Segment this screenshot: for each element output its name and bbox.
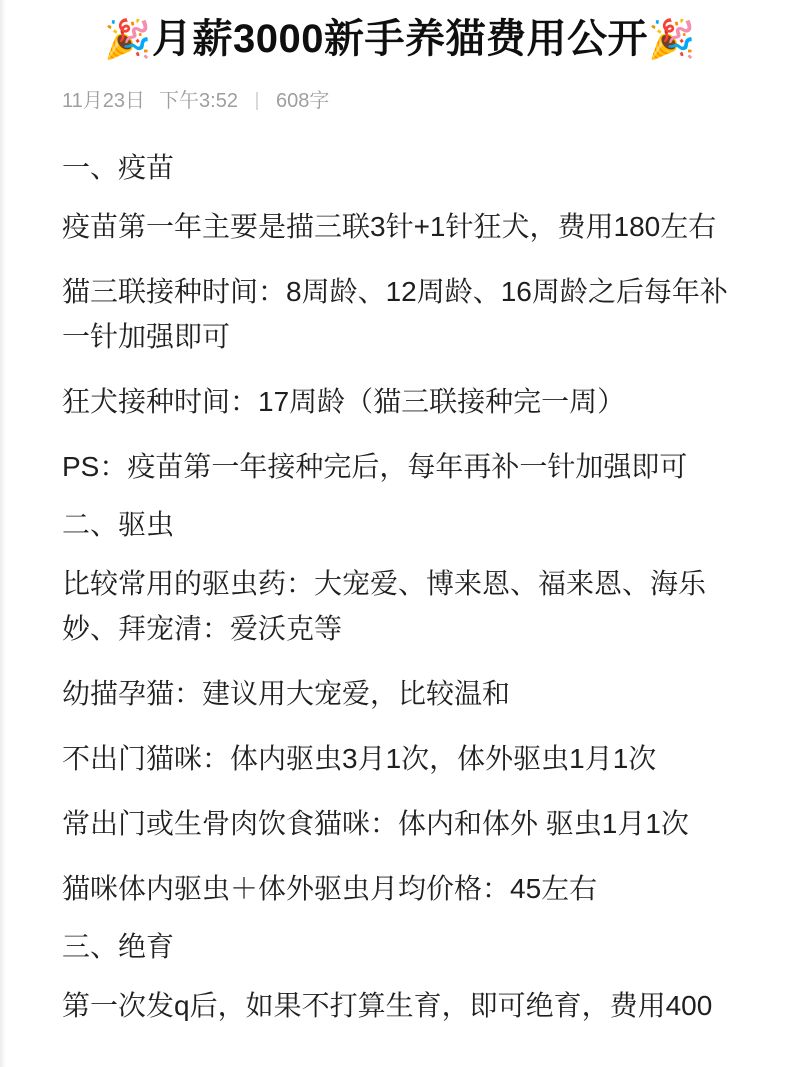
note-content: 一、疫苗疫苗第一年主要是描三联3针+1针狂犬，费用180左右猫三联接种时间：8周… <box>0 113 800 1028</box>
section: 二、驱虫比较常用的驱虫药：大宠爱、博来恩、福来恩、海乐妙、拜宠清：爱沃克等幼描孕… <box>62 502 738 911</box>
party-popper-icon: 🎉 <box>104 19 152 61</box>
note-word-count: 608字 <box>276 89 329 113</box>
paragraph: 猫咪体内驱虫＋体外驱虫月均价格：45左右 <box>62 866 738 911</box>
section: 三、绝育第一次发q后，如果不打算生育，即可绝育，费用400 <box>62 924 738 1028</box>
meta-separator <box>256 92 258 110</box>
paragraph: 第一次发q后，如果不打算生育，即可绝育，费用400 <box>62 983 738 1028</box>
section-heading: 二、驱虫 <box>62 502 738 547</box>
party-popper-icon: 🎉 <box>648 19 696 61</box>
paragraph: 不出门猫咪：体内驱虫3月1次，体外驱虫1月1次 <box>62 736 738 781</box>
section: 一、疫苗疫苗第一年主要是描三联3针+1针狂犬，费用180左右猫三联接种时间：8周… <box>62 145 738 489</box>
paragraph: 猫三联接种时间：8周龄、12周龄、16周龄之后每年补一针加强即可 <box>62 269 738 359</box>
paragraph: 常出门或生骨肉饮食猫咪：体内和体外 驱虫1月1次 <box>62 801 738 846</box>
section-heading: 三、绝育 <box>62 924 738 969</box>
paragraph: 疫苗第一年主要是描三联3针+1针狂犬，费用180左右 <box>62 204 738 249</box>
paragraph: 狂犬接种时间：17周龄（猫三联接种完一周） <box>62 379 738 424</box>
section-heading: 一、疫苗 <box>62 145 738 190</box>
note-title: 🎉月薪3000新手养猫费用公开🎉 <box>0 0 800 65</box>
note-page: 🎉月薪3000新手养猫费用公开🎉 11月23日 下午3:52 608字 一、疫苗… <box>0 0 800 1067</box>
note-title-text: 月薪3000新手养猫费用公开 <box>152 17 648 61</box>
paragraph: PS：疫苗第一年接种完后，每年再补一针加强即可 <box>62 444 738 489</box>
note-meta: 11月23日 下午3:52 608字 <box>62 89 738 113</box>
paragraph: 幼描孕猫：建议用大宠爱，比较温和 <box>62 671 738 716</box>
note-time: 下午3:52 <box>159 89 238 113</box>
note-date: 11月23日 <box>62 89 145 113</box>
paragraph: 比较常用的驱虫药：大宠爱、博来恩、福来恩、海乐妙、拜宠清：爱沃克等 <box>62 561 738 651</box>
